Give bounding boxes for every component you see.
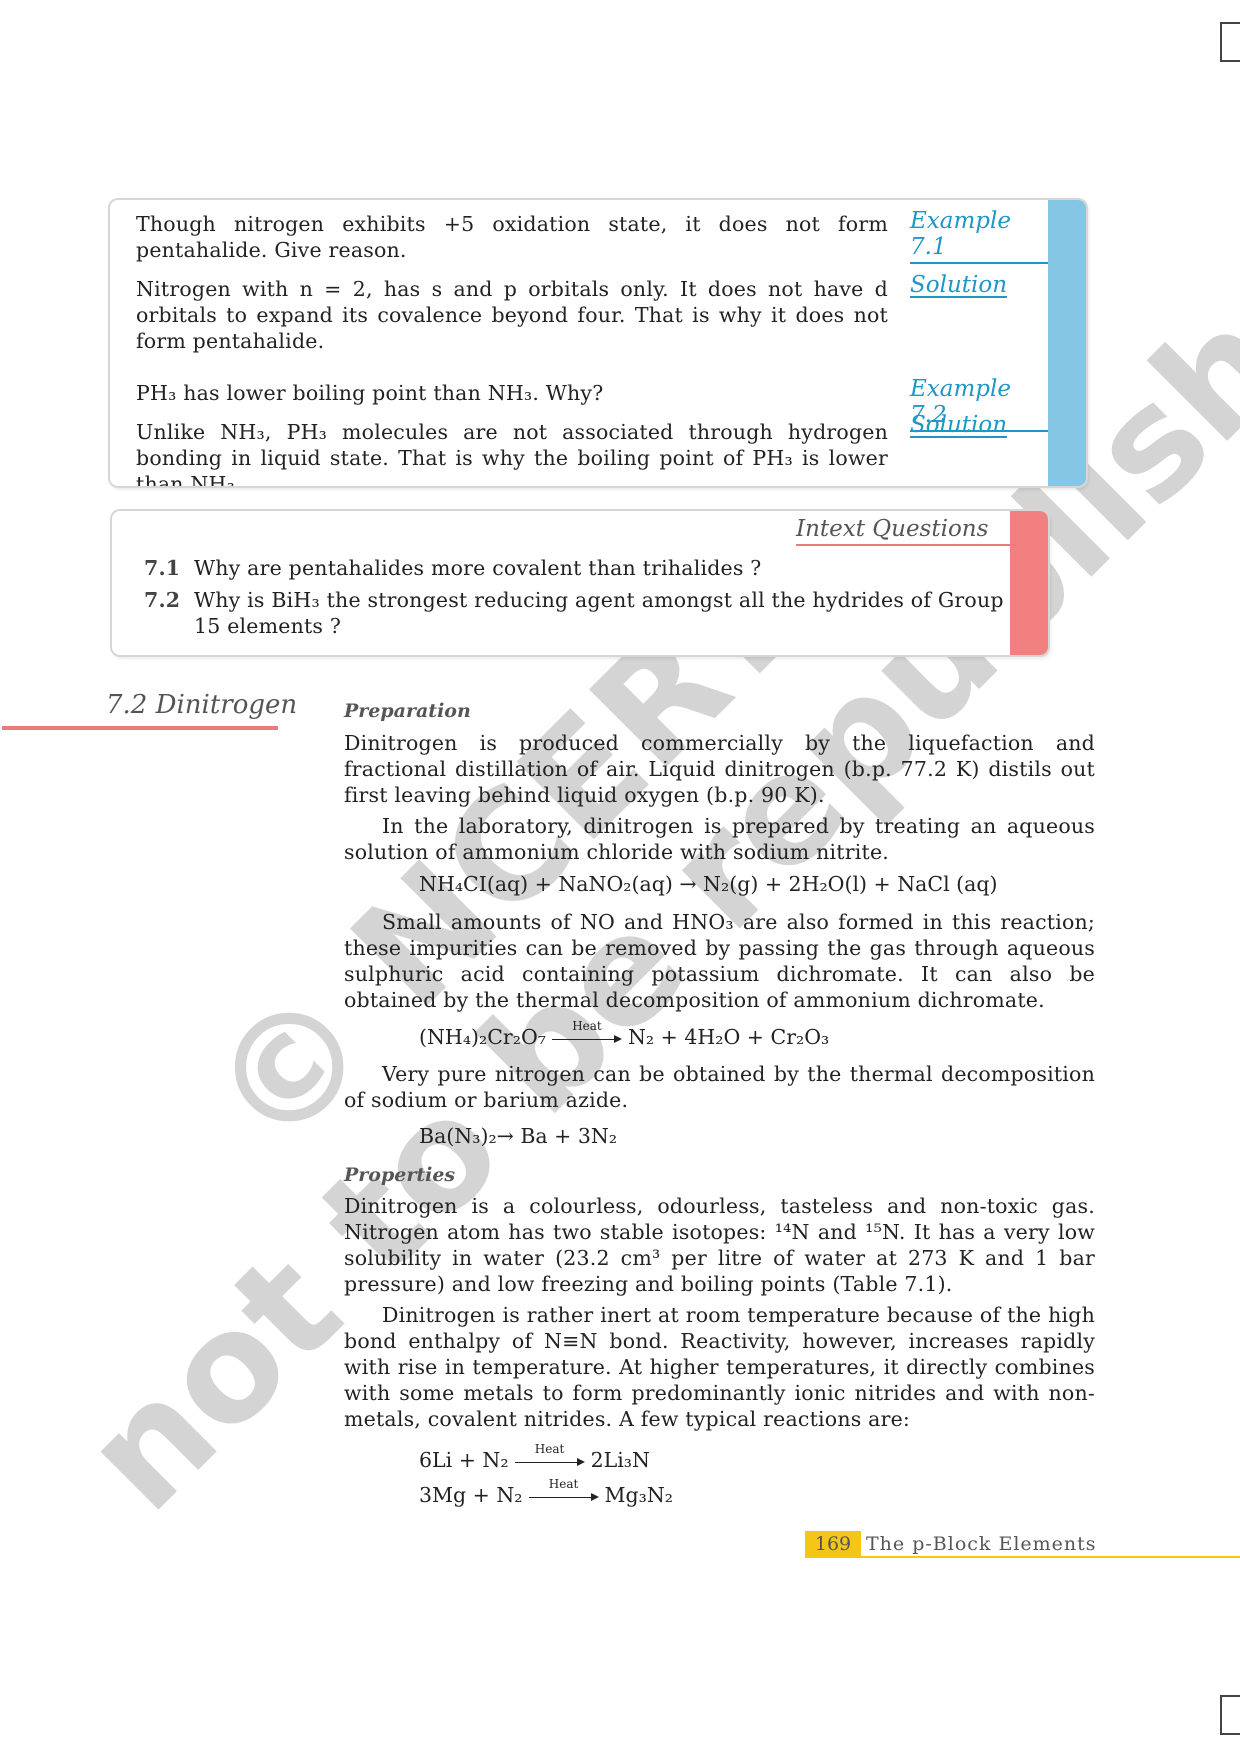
- equation-magnesium-nitride: 3Mg + N₂HeatMg₃N₂: [419, 1483, 673, 1507]
- equation-barium-azide: Ba(N₃)₂→ Ba + 3N₂: [419, 1124, 617, 1148]
- preparation-paragraph-2: In the laboratory, dinitrogen is prepare…: [344, 813, 1095, 865]
- crop-mark-top: [1220, 22, 1240, 62]
- preparation-paragraph-3: Small amounts of NO and HNO₃ are also fo…: [344, 909, 1095, 1013]
- example-7-1-question: Though nitrogen exhibits +5 oxidation st…: [136, 211, 888, 263]
- question-number: 7.1: [144, 555, 194, 581]
- preparation-subheading: Preparation: [344, 700, 471, 722]
- example-7-2-question: PH₃ has lower boiling point than NH₃. Wh…: [136, 380, 888, 406]
- example-7-1-solution: Nitrogen with n = 2, has s and p orbital…: [136, 276, 888, 354]
- intext-questions-title: Intext Questions: [796, 516, 1016, 546]
- equation-products: 2Li₃N: [591, 1448, 650, 1472]
- properties-paragraph-2: Dinitrogen is rather inert at room tempe…: [344, 1302, 1095, 1432]
- equation-products: Mg₃N₂: [605, 1483, 674, 1507]
- equation-lithium-nitride: 6Li + N₂Heat2Li₃N: [419, 1448, 650, 1472]
- section-heading: 7.2 Dinitrogen: [106, 690, 297, 720]
- example-7-1-label: Example 7.1: [910, 208, 1048, 264]
- page-number: 169: [805, 1531, 861, 1556]
- intext-questions-box: Intext Questions 7.1Why are pentahalides…: [112, 511, 1048, 655]
- running-footer-title: The p-Block Elements: [866, 1531, 1097, 1557]
- example-accent-strip: [1048, 200, 1086, 486]
- example-7-1-solution-label: Solution: [910, 272, 1007, 298]
- question-number: 7.2: [144, 587, 194, 613]
- properties-paragraph-1: Dinitrogen is a colourless, odourless, t…: [344, 1193, 1095, 1297]
- equation-products: N₂ + 4H₂O + Cr₂O₃: [628, 1025, 829, 1049]
- equation-ammonium-chloride: NH₄CI(aq) + NaNO₂(aq) → N₂(g) + 2H₂O(l) …: [419, 872, 997, 896]
- example-7-2-solution: Unlike NH₃, PH₃ molecules are not associ…: [136, 419, 888, 486]
- preparation-paragraph-1: Dinitrogen is produced commercially by t…: [344, 730, 1095, 808]
- heat-arrow-icon: Heat: [515, 1455, 585, 1469]
- reaction-condition: Heat: [515, 1442, 585, 1456]
- equation-reactant: (NH₄)₂Cr₂O₇: [419, 1025, 546, 1049]
- equation-ammonium-dichromate: (NH₄)₂Cr₂O₇HeatN₂ + 4H₂O + Cr₂O₃: [419, 1025, 829, 1049]
- example-box: Though nitrogen exhibits +5 oxidation st…: [110, 200, 1086, 486]
- properties-subheading: Properties: [344, 1164, 455, 1186]
- heat-arrow-icon: Heat: [552, 1032, 622, 1046]
- section-heading-underline: [2, 726, 278, 730]
- question-text: Why is BiH₃ the strongest reducing agent…: [194, 588, 1004, 638]
- reaction-condition: Heat: [529, 1477, 599, 1491]
- intext-question-1: 7.1Why are pentahalides more covalent th…: [144, 555, 974, 581]
- preparation-paragraph-4: Very pure nitrogen can be obtained by th…: [344, 1061, 1095, 1113]
- equation-reactant: 6Li + N₂: [419, 1448, 509, 1472]
- question-text: Why are pentahalides more covalent than …: [194, 556, 761, 580]
- intext-question-2: 7.2Why is BiH₃ the strongest reducing ag…: [144, 587, 1024, 639]
- example-7-2-solution-label: Solution: [910, 412, 1007, 438]
- equation-reactant: 3Mg + N₂: [419, 1483, 523, 1507]
- reaction-condition: Heat: [552, 1019, 622, 1033]
- heat-arrow-icon: Heat: [529, 1490, 599, 1504]
- crop-mark-bottom: [1220, 1695, 1240, 1735]
